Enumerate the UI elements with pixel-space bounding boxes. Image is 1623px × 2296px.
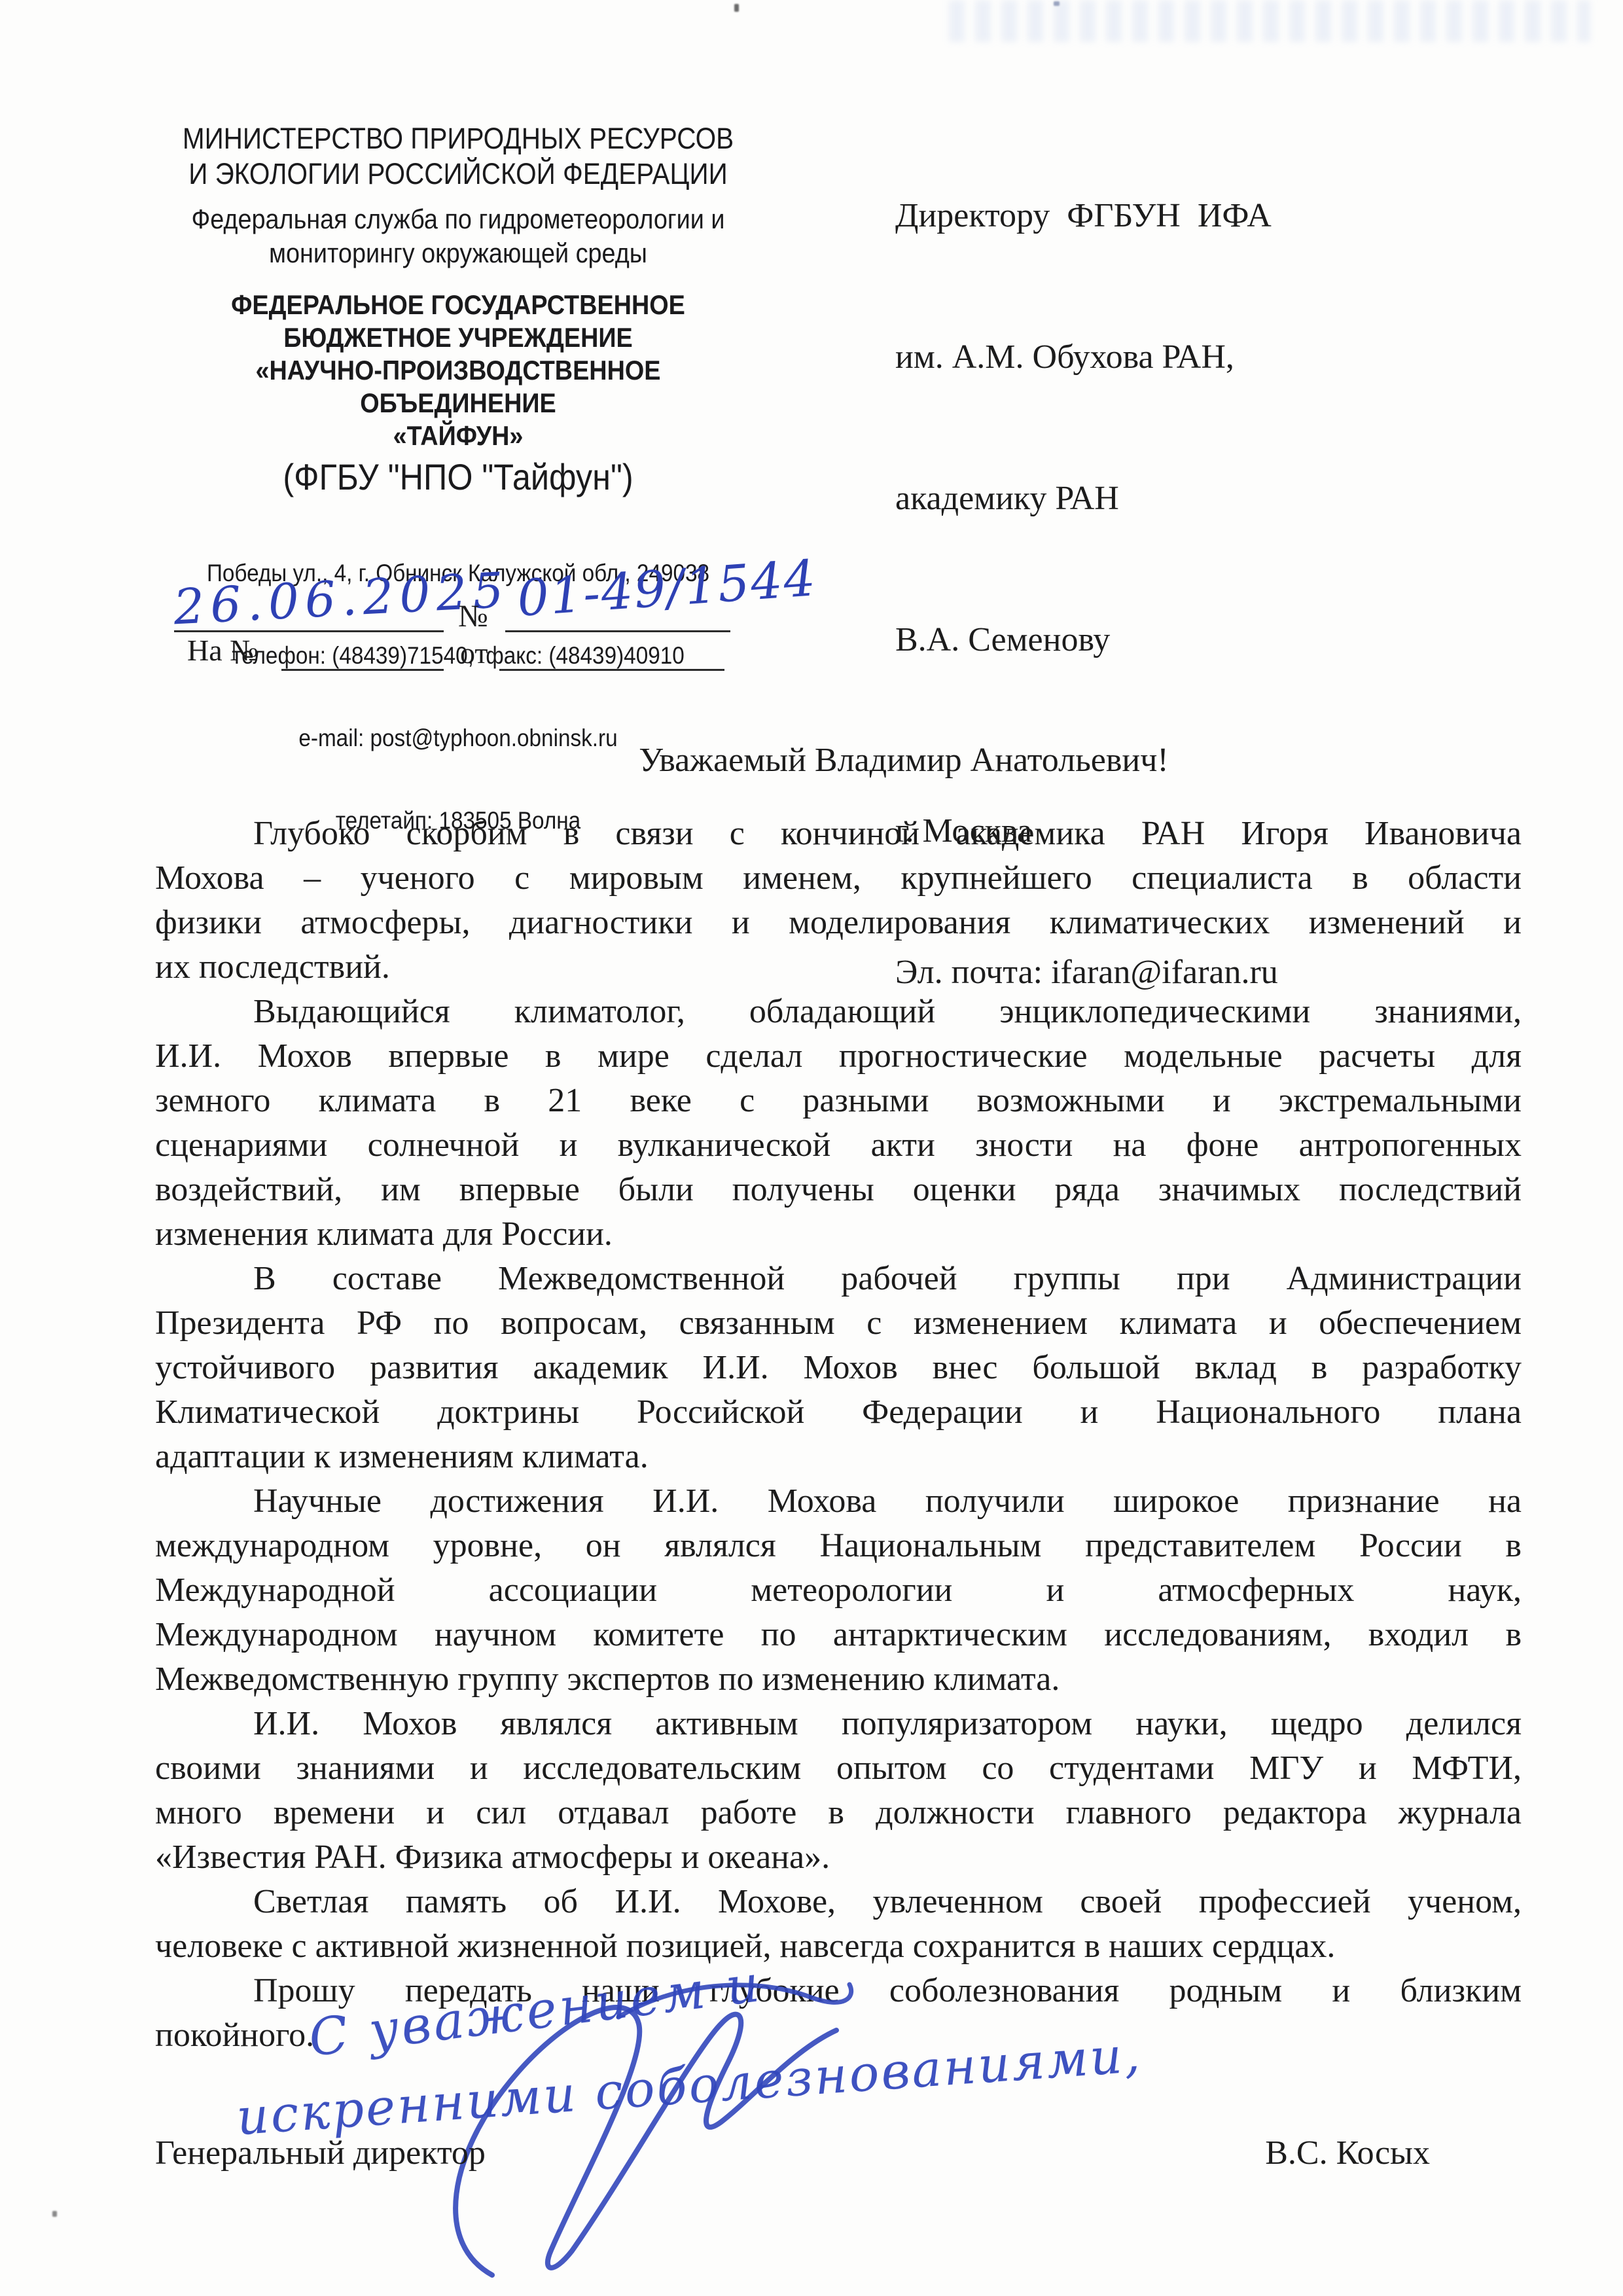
ministry-name-line1: МИНИСТЕРСТВО ПРИРОДНЫХ РЕСУРСОВ (181, 121, 735, 156)
letter-line: Научные достижения И.И. Мохова получили … (155, 1479, 1522, 1524)
letter-line: Мохова – ученого с мировым именем, крупн… (155, 856, 1522, 901)
paragraph-4: Научные достижения И.И. Мохова получили … (155, 1479, 1522, 1702)
paragraph-5: И.И. Мохов являлся активным популяризато… (155, 1702, 1522, 1880)
date-underline (174, 630, 444, 632)
paragraph-1: Глубоко скорбим в связи с кончиной акаде… (155, 812, 1522, 990)
letter-line: Выдающийся климатолог, обладающий энцикл… (155, 990, 1522, 1034)
letter-line: Климатической доктрины Российской Федера… (155, 1390, 1522, 1435)
letter-line: «Известия РАН. Физика атмосферы и океана… (155, 1835, 1522, 1880)
phone-fax: телефон: (48439)71540, факс: (48439)4091… (181, 642, 735, 670)
scanned-letter-page: МИНИСТЕРСТВО ПРИРОДНЫХ РЕСУРСОВ И ЭКОЛОГ… (0, 0, 1623, 2296)
recipient-name: В.А. Семенову (895, 617, 1484, 664)
recipient-position: Директору ФГБУН ИФА (895, 192, 1484, 240)
scan-speck (734, 4, 739, 12)
letter-line: их последствий. (155, 945, 1522, 990)
letter-line: И.И. Мохов впервые в мире сделал прогнос… (155, 1034, 1522, 1079)
letter-line: сценариями солнечной и вулканической акт… (155, 1123, 1522, 1168)
organization-name-line4: «ТАЙФУН» (181, 420, 735, 452)
letter-line: Международной ассоциации метеорологии и … (155, 1568, 1522, 1613)
salutation: Уважаемый Владимир Анатольевич! (286, 738, 1522, 783)
letter-line: воздействий, им впервые были получены оц… (155, 1168, 1522, 1212)
letter-body: Уважаемый Владимир Анатольевич! Глубоко … (155, 738, 1522, 2058)
letter-line: международном уровне, он являлся Национа… (155, 1524, 1522, 1568)
letter-line: Светлая память об И.И. Мохове, увлеченно… (155, 1880, 1522, 1924)
signer-title: Генеральный директор (155, 2131, 486, 2176)
scan-speck (1054, 1, 1060, 6)
paragraph-3: В составе Межведомственной рабочей групп… (155, 1257, 1522, 1479)
signature-flourish (196, 1957, 1178, 2296)
letter-line: много времени и сил отдавал работе в дол… (155, 1791, 1522, 1835)
letter-line: Международном научном комитете по антарк… (155, 1613, 1522, 1657)
letter-line: И.И. Мохов являлся активным популяризато… (155, 1702, 1522, 1746)
paragraph-2: Выдающийся климатолог, обладающий энцикл… (155, 990, 1522, 1257)
letter-line: В составе Межведомственной рабочей групп… (155, 1257, 1522, 1301)
organization-name-line1: ФЕДЕРАЛЬНОЕ ГОСУДАРСТВЕННОЕ (181, 289, 735, 321)
scan-speck (52, 2211, 57, 2217)
scan-artifact-smudge (949, 0, 1590, 42)
organization-name-line3: «НАУЧНО-ПРОИЗВОДСТВЕННОЕ ОБЪЕДИНЕНИЕ (181, 354, 735, 420)
ministry-name-line2: И ЭКОЛОГИИ РОССИЙСКОЙ ФЕДЕРАЦИИ (181, 156, 735, 192)
letter-line: устойчивого развития академик И.И. Мохов… (155, 1346, 1522, 1390)
letter-line: Президента РФ по вопросам, связанным с и… (155, 1301, 1522, 1346)
reply-date-underline (499, 669, 724, 671)
federal-service-line2: мониторингу окружающей среды (181, 236, 735, 270)
recipient-institute: им. А.М. Обухова РАН, (895, 334, 1484, 381)
paragraph-6: Светлая память об И.И. Мохове, увлеченно… (155, 1880, 1522, 1969)
federal-service-line1: Федеральная служба по гидрометеорологии … (181, 202, 735, 236)
signoff-row: Генеральный директор В.С. Косых (155, 2131, 1522, 2176)
letter-line: адаптации к изменениям климата. (155, 1435, 1522, 1479)
signer-name: В.С. Косых (1265, 2131, 1430, 2176)
reply-to-number-label: На № (187, 633, 259, 668)
number-underline (505, 630, 730, 632)
organization-short-name: (ФГБУ "НПО "Тайфун") (181, 456, 735, 498)
letter-line: физики атмосферы, диагностики и моделиро… (155, 901, 1522, 945)
letter-line: земного климата в 21 веке с разными возм… (155, 1079, 1522, 1123)
recipient-rank: академику РАН (895, 475, 1484, 522)
letter-line: своими знаниями и исследовательским опыт… (155, 1746, 1522, 1791)
letter-line: Глубоко скорбим в связи с кончиной акаде… (155, 812, 1522, 856)
number-sign: № (458, 598, 488, 634)
reply-number-underline (281, 669, 444, 671)
letter-line: изменения климата для России. (155, 1212, 1522, 1257)
organization-name-line2: БЮДЖЕТНОЕ УЧРЕЖДЕНИЕ (181, 321, 735, 354)
letter-line: Межведомственную группу экспертов по изм… (155, 1657, 1522, 1702)
reply-from-label: от (460, 636, 488, 670)
